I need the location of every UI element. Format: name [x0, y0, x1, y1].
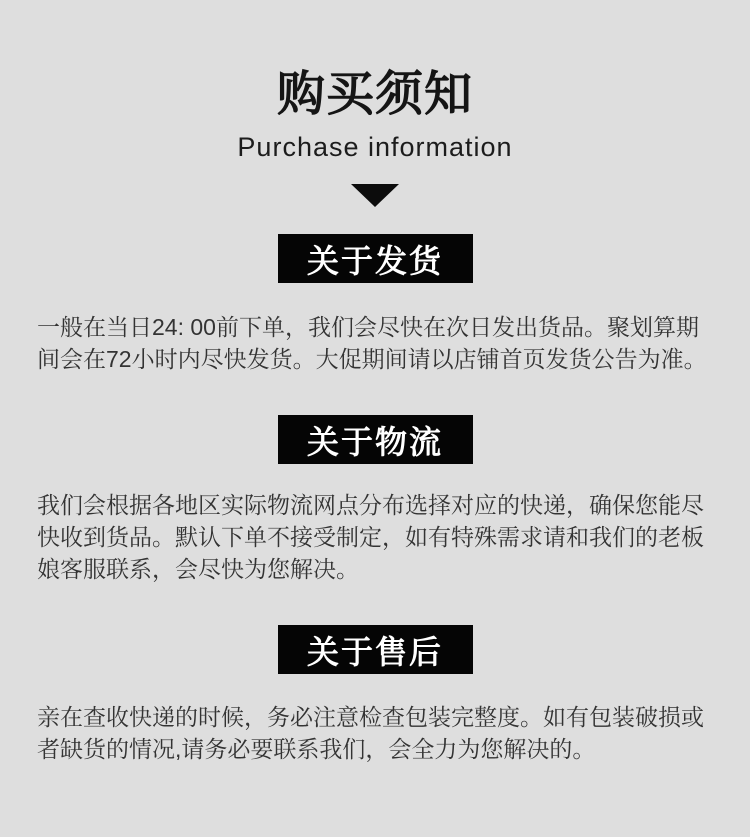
section-shipping: 关于发货 一般在当日24: 00前下单，我们会尽快在次日发出货品。聚划算期 间会…: [0, 234, 750, 375]
page-title: 购买须知: [0, 0, 750, 120]
section-body-aftersales: 亲在查收快递的时候，务必注意检查包装完整度。如有包装破损或 者缺货的情况,请务必…: [37, 701, 713, 765]
section-heading-shipping: 关于发货: [278, 234, 473, 283]
triangle-down-icon: [351, 184, 399, 207]
section-aftersales: 关于售后 亲在查收快递的时候，务必注意检查包装完整度。如有包装破损或 者缺货的情…: [0, 625, 750, 765]
section-body-logistics: 我们会根据各地区实际物流网点分布选择对应的快递，确保您能尽 快收到货品。默认下单…: [37, 489, 713, 585]
section-heading-logistics: 关于物流: [278, 415, 473, 464]
section-logistics: 关于物流 我们会根据各地区实际物流网点分布选择对应的快递，确保您能尽 快收到货品…: [0, 415, 750, 585]
section-body-shipping: 一般在当日24: 00前下单，我们会尽快在次日发出货品。聚划算期 间会在72小时…: [37, 311, 713, 375]
purchase-info-banner: 购买须知 Purchase information 关于发货 一般在当日24: …: [0, 0, 750, 837]
page-subtitle: Purchase information: [0, 132, 750, 162]
section-heading-aftersales: 关于售后: [278, 625, 473, 674]
